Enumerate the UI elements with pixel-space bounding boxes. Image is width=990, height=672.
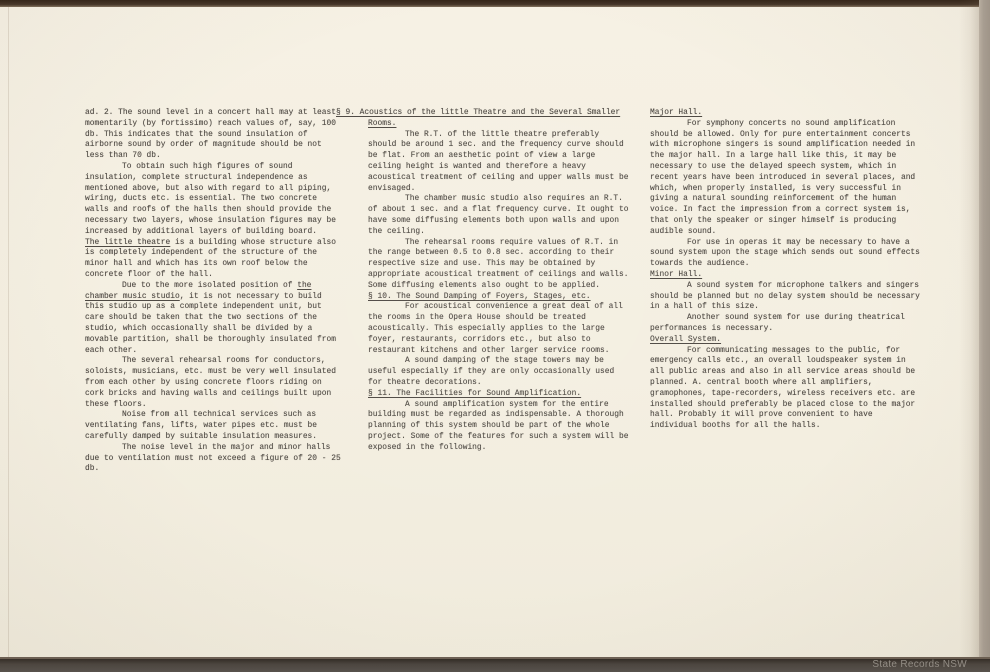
paragraph-amplification-system: A sound amplification system for the ent… bbox=[368, 400, 632, 454]
paragraph-rt-chamber-studio: The chamber music studio also requires a… bbox=[368, 194, 632, 237]
section-heading-10: § 10. The Sound Damping of Foyers, Stage… bbox=[368, 292, 632, 303]
paragraph-acoustical-convenience: For acoustical convenience a great deal … bbox=[368, 302, 632, 356]
page-right-crease bbox=[959, 0, 979, 672]
paragraph-rt-rehearsal-rooms: The rehearsal rooms require values of R.… bbox=[368, 238, 632, 292]
paragraph-operas: For use in operas it may be necessary to… bbox=[650, 238, 920, 270]
paragraph-sound-insulation: To obtain such high figures of sound ins… bbox=[85, 162, 343, 238]
paragraph-noise-services: Noise from all technical services such a… bbox=[85, 410, 343, 442]
paragraph-theatrical-system: Another sound system for use during thea… bbox=[650, 313, 920, 335]
scanned-document-page: ad. 2. The sound level in a concert hall… bbox=[0, 0, 990, 672]
paragraph-rt-little-theatre: The R.T. of the little theatre preferabl… bbox=[368, 130, 632, 195]
section-heading-9: § 9. Acoustics of the little Theatre and… bbox=[368, 108, 632, 130]
section-heading-overall-system: Overall System. bbox=[650, 335, 920, 346]
scan-top-edge bbox=[0, 0, 990, 7]
page-left-crease bbox=[8, 7, 9, 659]
state-records-watermark: State Records NSW bbox=[872, 659, 967, 670]
text-column-right: Major Hall. For symphony concerts no sou… bbox=[650, 108, 920, 432]
section-heading-major-hall: Major Hall. bbox=[650, 108, 920, 119]
paragraph-major-hall: For symphony concerts no sound amplifica… bbox=[650, 119, 920, 238]
paragraph-stage-towers: A sound damping of the stage towers may … bbox=[368, 356, 632, 388]
paragraph-minor-hall: A sound system for microphone talkers an… bbox=[650, 281, 920, 313]
section-heading-minor-hall: Minor Hall. bbox=[650, 270, 920, 281]
paragraph-sound-level: ad. 2. The sound level in a concert hall… bbox=[85, 108, 343, 162]
text-column-middle: § 9. Acoustics of the little Theatre and… bbox=[368, 108, 632, 454]
text-column-left: ad. 2. The sound level in a concert hall… bbox=[85, 108, 343, 475]
paragraph-overall-system: For communicating messages to the public… bbox=[650, 346, 920, 432]
paragraph-text: Due to the more isolated position of bbox=[122, 281, 297, 290]
book-page-stack-edge bbox=[979, 0, 990, 672]
paragraph-chamber-music-studio: Due to the more isolated position of the… bbox=[85, 281, 343, 357]
underlined-phrase-little-theatre: The little theatre bbox=[85, 238, 170, 247]
paragraph-rehearsal-rooms: The several rehearsal rooms for conducto… bbox=[85, 356, 343, 410]
scan-bottom-edge bbox=[0, 657, 990, 672]
paragraph-noise-level: The noise level in the major and minor h… bbox=[85, 443, 343, 475]
section-heading-11: § 11. The Facilities for Sound Amplifica… bbox=[368, 389, 632, 400]
paragraph-little-theatre: The little theatre is a building whose s… bbox=[85, 238, 343, 281]
